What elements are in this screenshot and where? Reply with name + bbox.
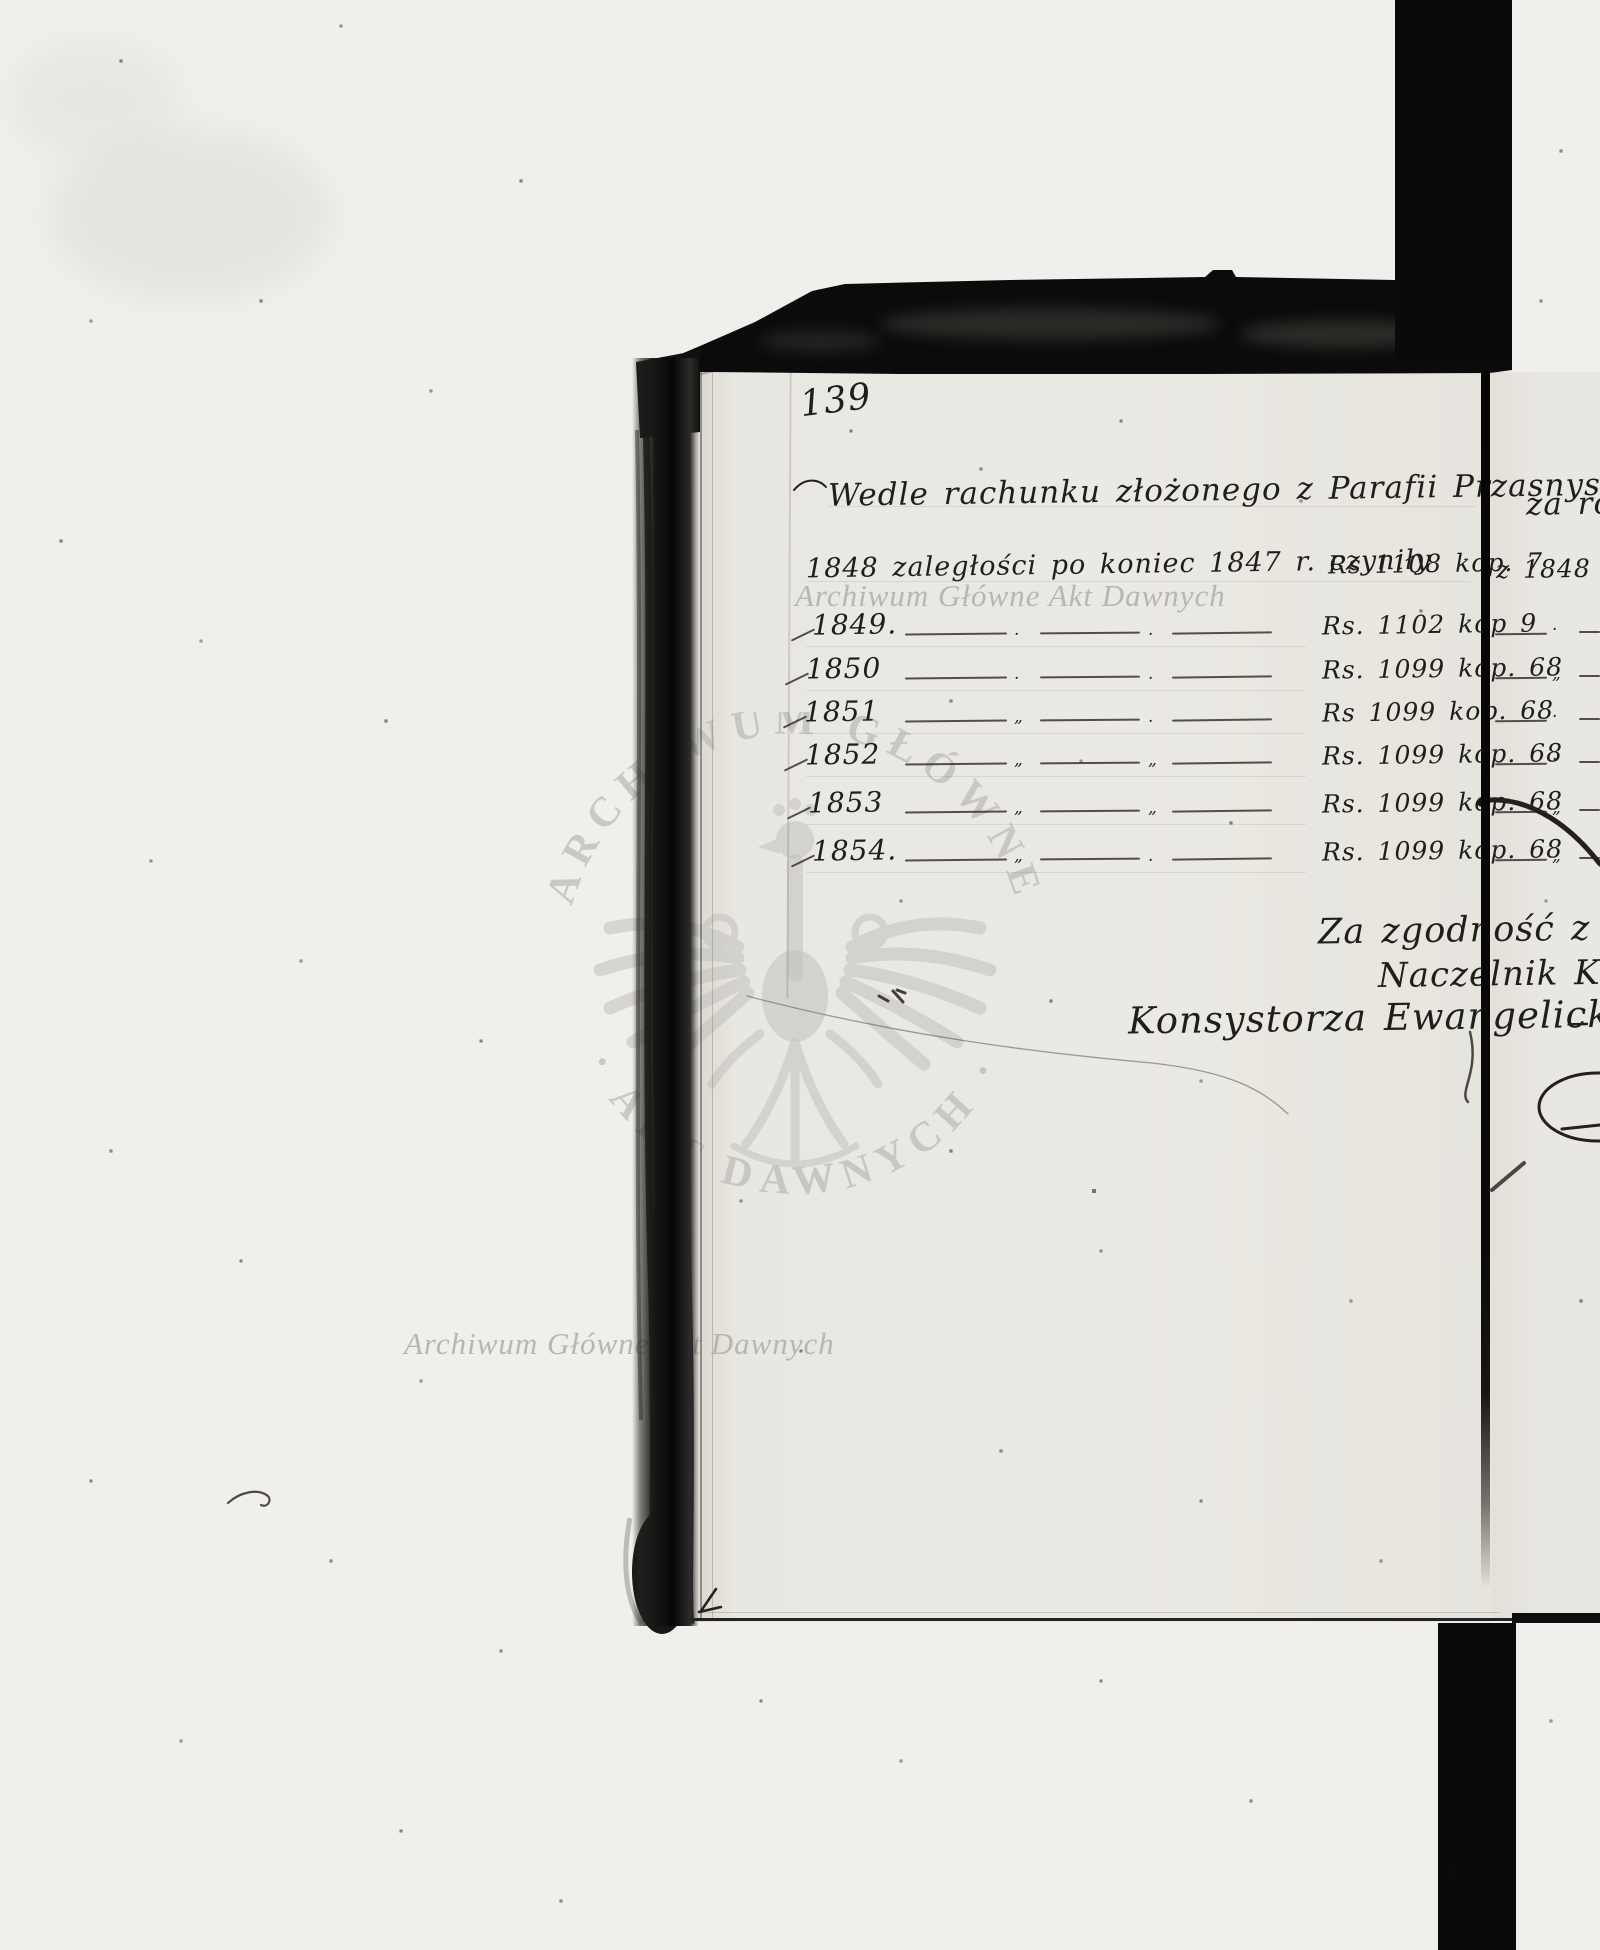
ditto-mark: . (1148, 664, 1153, 684)
year-label: 1853 (808, 785, 884, 819)
page-number: 139 (798, 376, 874, 425)
ditto-dash-right (1579, 718, 1600, 720)
ditto-mark: . (1014, 620, 1019, 640)
amount-value: Rs. 1102 kop 9 (1322, 608, 1538, 640)
background-ghost-stain (10, 40, 180, 160)
book-spine-shadow (632, 358, 698, 1626)
ditto-mark-right: „ (1552, 798, 1561, 818)
attestation-line: Za zgodność z Akt (1318, 908, 1600, 953)
ditto-mark-right: „ (1552, 664, 1561, 684)
watermark-banner-lower: Archiwum Główne Akt Dawnych (404, 1326, 835, 1362)
ditto-dash-right (1579, 631, 1600, 633)
consistory-line-dash: ‒ (1566, 1000, 1591, 1043)
amount-value: Rs. 1099 kop. 68 (1322, 786, 1563, 818)
band-texture (760, 330, 880, 352)
ditto-mark: „ (1148, 798, 1157, 818)
facing-page-bottom-edge (1512, 1613, 1600, 1623)
guide-line (806, 872, 1306, 873)
ditto-mark: „ (1014, 707, 1023, 727)
year-label: 1852 (805, 737, 881, 771)
page-bottom-edge-shadow (700, 1612, 1500, 1613)
year-label: 1854. (812, 833, 898, 867)
ditto-mark: . (1148, 620, 1153, 640)
ditto-mark-right: · (1552, 750, 1557, 770)
guide-line (806, 733, 1306, 734)
guide-line (806, 646, 1306, 647)
page-edge-line (700, 370, 702, 1620)
ditto-mark: „ (1014, 798, 1023, 818)
background-hook-mark (228, 1492, 269, 1506)
band-texture (880, 308, 1220, 340)
ditto-mark: . (1148, 846, 1153, 866)
ditto-dash-right (1579, 675, 1600, 677)
sheet-edge-line (712, 372, 713, 1618)
guide-line (806, 690, 1306, 691)
amount-value: Rs. 1099 kop. 68 (1322, 834, 1563, 866)
bottom-right-black-block (1438, 1623, 1516, 1950)
ditto-mark-right: „ (1552, 846, 1561, 866)
archive-eagle-watermark: ARCHIWUM GŁÓWNE · AKT DAWNYCH · (548, 712, 1048, 1232)
amount-value: Rs. 1099 kop. 68 (1322, 652, 1563, 684)
ditto-dash-right (1579, 857, 1600, 859)
ditto-mark: „ (1148, 750, 1157, 770)
ditto-dash-right (1579, 809, 1600, 811)
page-bottom-edge-line (690, 1618, 1512, 1621)
opening-row-continued: z 1848 r. u (1496, 553, 1600, 584)
heading-text-continued: za rok (1526, 485, 1600, 522)
page-fold-line (1481, 371, 1490, 1590)
year-label: 1851 (804, 694, 880, 728)
guide-line (806, 824, 1306, 825)
top-right-black-block (1395, 0, 1512, 366)
amount-value: Rs. 1099 kop. 68 (1322, 738, 1563, 770)
ditto-mark: „ (1014, 846, 1023, 866)
ditto-dash-right (1579, 761, 1600, 763)
ditto-mark: . (1148, 707, 1153, 727)
consistory-line: Konsystorza Ewangelicko (1128, 992, 1600, 1042)
year-label: 1849. (812, 607, 898, 641)
dust-specks (0, 0, 2, 2)
guide-line (806, 776, 1306, 777)
ditto-mark-right: · (1552, 707, 1557, 727)
ditto-mark: „ (1014, 750, 1023, 770)
year-label: 1850 (806, 651, 882, 685)
ditto-mark-right: · (1552, 620, 1557, 640)
ditto-mark: . (1014, 664, 1019, 684)
archival-scan: ARCHIWUM GŁÓWNE · AKT DAWNYCH · Archiwum… (0, 0, 1600, 1950)
amount-value: Rs 1099 kop. 68 (1322, 695, 1554, 727)
